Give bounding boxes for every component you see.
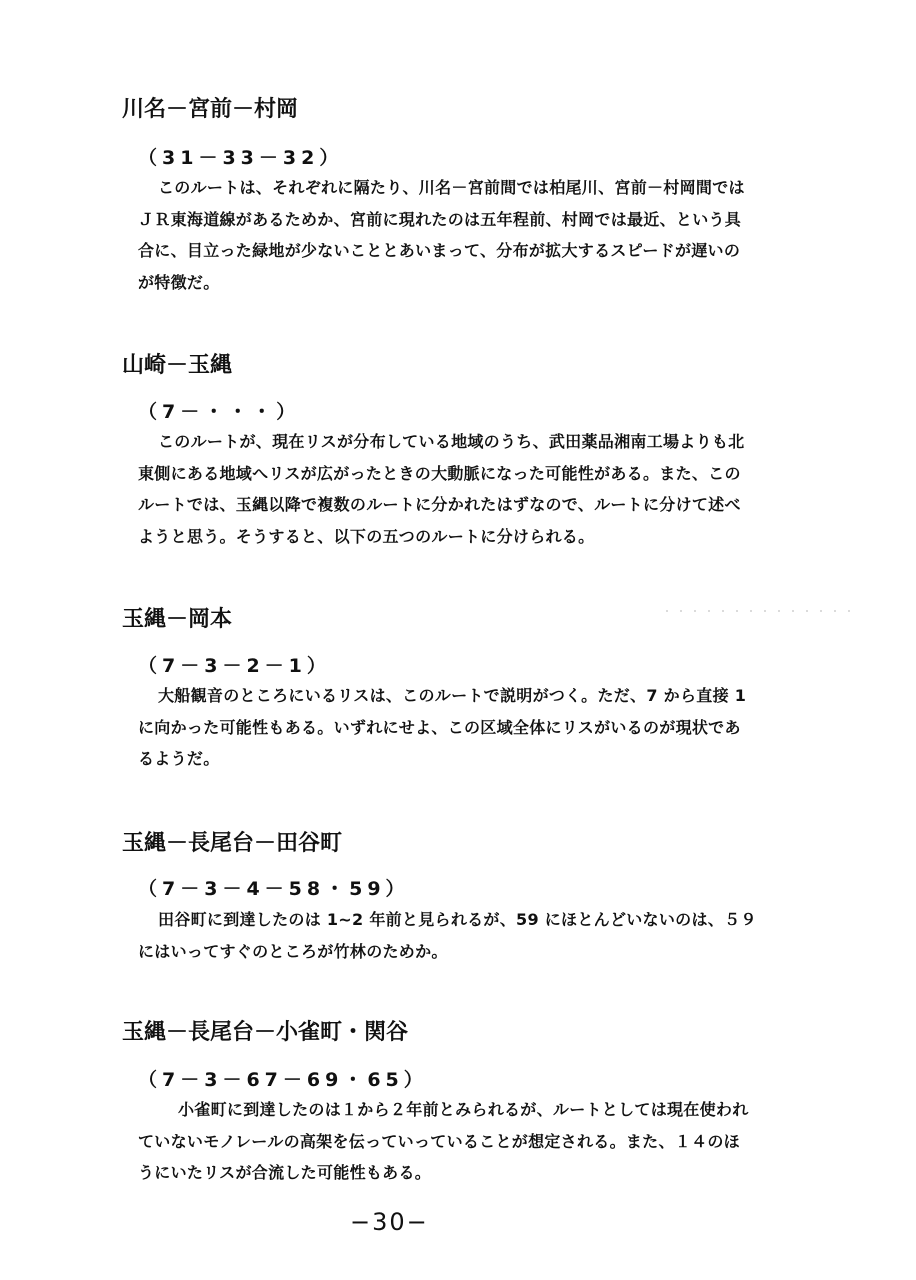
route-code: （7－・・・）: [138, 400, 300, 424]
paragraph-line: 大船観音のところにいるリスは、このルートで説明がつく。ただ、7 から直接 1: [138, 680, 838, 712]
paragraph-line: 田谷町に到達したのは 1~2 年前と見られるが、59 にほとんどいないのは、５９: [138, 904, 838, 936]
section-paragraph: 大船観音のところにいるリスは、このルートで説明がつく。ただ、7 から直接 1 に…: [138, 680, 838, 775]
paragraph-line: ていないモノレールの高架を伝っていっていることが想定される。また、１４のほ: [138, 1126, 838, 1158]
paragraph-line: るようだ。: [138, 743, 838, 775]
section-heading: 玉縄－長尾台－田谷町: [122, 830, 342, 858]
section-heading: 玉縄－岡本: [122, 606, 232, 634]
paragraph-line: うにいたリスが合流した可能性もある。: [138, 1157, 838, 1189]
section-paragraph: 小雀町に到達したのは１から２年前とみられるが、ルートとしては現在使われ ていない…: [138, 1094, 838, 1189]
paragraph-line: ようと思う。そうすると、以下の五つのルートに分けられる。: [138, 521, 838, 553]
page-number: −30−: [350, 1208, 429, 1236]
paragraph-line: 合に、目立った緑地が少ないこととあいまって、分布が拡大するスピードが遅いの: [138, 235, 838, 267]
section-heading: 玉縄－長尾台－小雀町・関谷: [122, 1019, 408, 1047]
document-page: 川名－宮前－村岡 （31－33－32） このルートは、それぞれに隔たり、川名－宮…: [0, 0, 916, 1280]
section-heading: 川名－宮前－村岡: [122, 96, 298, 124]
paragraph-line: にはいってすぐのところが竹林のためか。: [138, 936, 838, 968]
route-code: （7－3－67－69・65）: [138, 1068, 428, 1092]
paragraph-line: 東側にある地域へリスが広がったときの大動脈になった可能性がある。また、この: [138, 458, 838, 490]
paragraph-line: このルートが、現在リスが分布している地域のうち、武田薬品湘南工場よりも北: [138, 426, 838, 458]
route-code: （7－3－4－58・59）: [138, 877, 410, 901]
paragraph-line: ＪＲ東海道線があるためか、宮前に現れたのは五年程前、村岡では最近、という具: [138, 204, 838, 236]
paragraph-line: が特徴だ。: [138, 267, 838, 299]
paragraph-line: に向かった可能性もある。いずれにせよ、この区域全体にリスがいるのが現状であ: [138, 712, 838, 744]
section-paragraph: このルートが、現在リスが分布している地域のうち、武田薬品湘南工場よりも北 東側に…: [138, 426, 838, 552]
route-code: （31－33－32）: [138, 146, 343, 170]
section-paragraph: 田谷町に到達したのは 1~2 年前と見られるが、59 にほとんどいないのは、５９…: [138, 904, 838, 967]
section-heading: 山崎－玉縄: [122, 352, 232, 380]
paragraph-line: ルートでは、玉縄以降で複数のルートに分かれたはずなので、ルートに分けて述べ: [138, 489, 838, 521]
paragraph-line: 小雀町に到達したのは１から２年前とみられるが、ルートとしては現在使われ: [138, 1094, 838, 1126]
paragraph-line: このルートは、それぞれに隔たり、川名－宮前間では柏尾川、宮前－村岡間では: [138, 172, 838, 204]
section-paragraph: このルートは、それぞれに隔たり、川名－宮前間では柏尾川、宮前－村岡間では ＪＲ東…: [138, 172, 838, 298]
route-code: （7－3－2－1）: [138, 654, 331, 678]
scan-artifact: [660, 610, 850, 612]
